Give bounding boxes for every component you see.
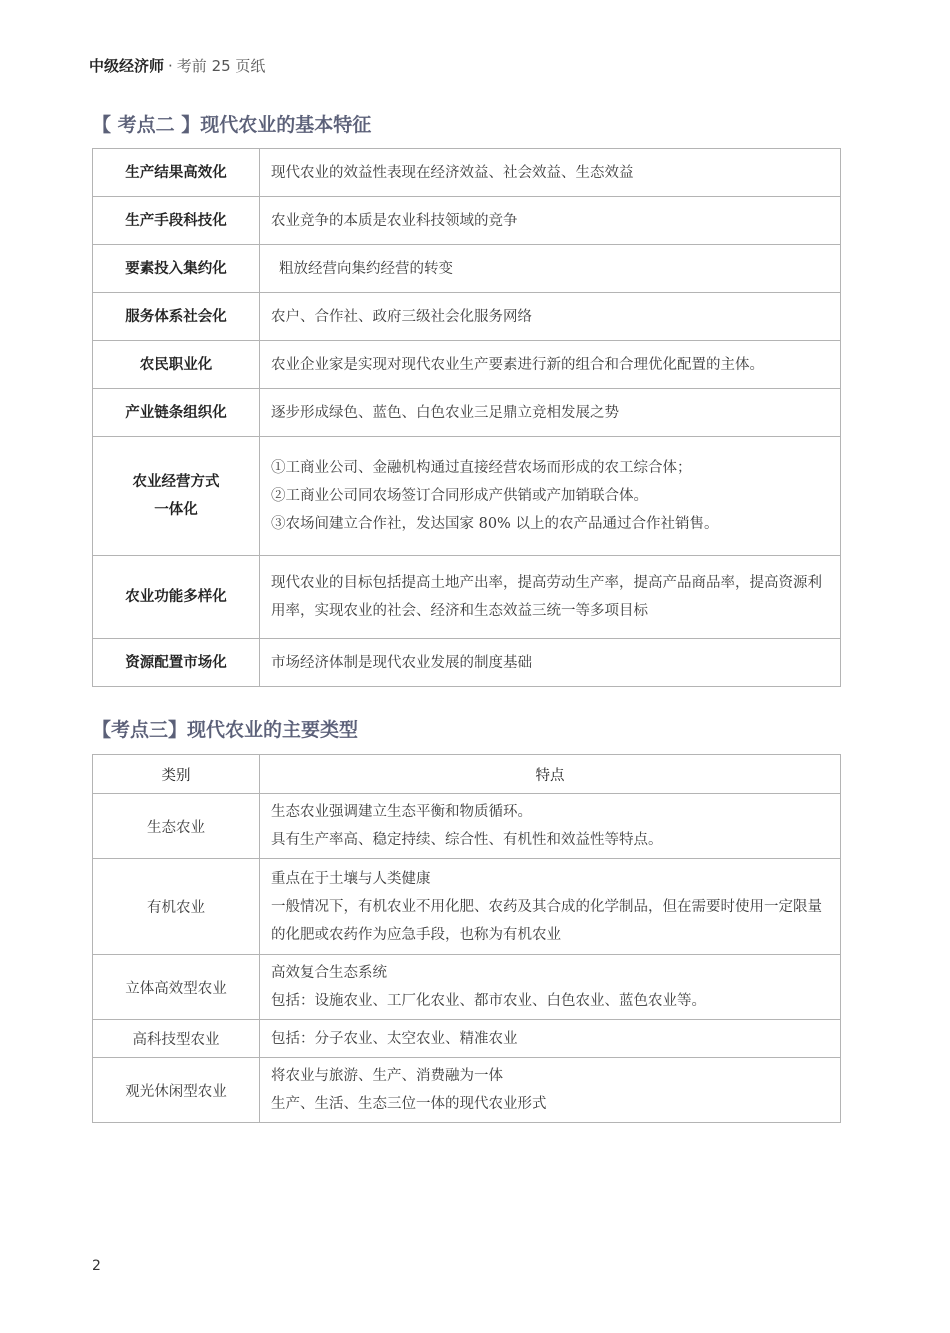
table-row: 农业经营方式 一体化 ①工商业公司、金融机构通过直接经营农场而形成的农工综合体；… — [93, 437, 841, 556]
row-key: 农民职业化 — [93, 341, 260, 389]
value-line: 现代农业的目标包括提高土地产出率，提高劳动生产率，提高产品商品率，提高资源利用率… — [271, 569, 830, 625]
row-value: 逐步形成绿色、蓝色、白色农业三足鼎立竞相发展之势 — [260, 389, 841, 437]
value-line: 逐步形成绿色、蓝色、白色农业三足鼎立竞相发展之势 — [271, 399, 830, 427]
title-bracket-open: 【 — [92, 719, 111, 741]
features-table: 生产结果高效化 现代农业的效益性表现在经济效益、社会效益、生态效益 生产手段科技… — [92, 148, 841, 687]
key-line: 一体化 — [93, 496, 259, 524]
title-text: 现代农业的基本特征 — [200, 114, 371, 136]
row-value: 生态农业强调建立生态平衡和物质循环。 具有生产率高、稳定持续、综合性、有机性和效… — [260, 794, 841, 859]
row-key: 立体高效型农业 — [93, 955, 260, 1020]
value-line: 包括：设施农业、工厂化农业、都市农业、白色农业、蓝色农业等。 — [271, 987, 830, 1015]
row-key: 农业经营方式 一体化 — [93, 437, 260, 556]
value-line: 高效复合生态系统 — [271, 959, 830, 987]
value-line: 农业竞争的本质是农业科技领域的竞争 — [271, 207, 830, 235]
value-line: 粗放经营向集约经营的转变 — [279, 255, 830, 283]
table-row: 要素投入集约化 粗放经营向集约经营的转变 — [93, 245, 841, 293]
value-line: 生态农业强调建立生态平衡和物质循环。 — [271, 798, 830, 826]
header-separator: · — [168, 57, 173, 75]
row-key: 观光休闲型农业 — [93, 1058, 260, 1123]
title-label: 考点三 — [111, 719, 168, 741]
row-value: 农业企业家是实现对现代农业生产要素进行新的组合和合理优化配置的主体。 — [260, 341, 841, 389]
row-key: 要素投入集约化 — [93, 245, 260, 293]
table-row: 农民职业化 农业企业家是实现对现代农业生产要素进行新的组合和合理优化配置的主体。 — [93, 341, 841, 389]
value-line: 农户、合作社、政府三级社会化服务网络 — [271, 303, 830, 331]
value-line: ①工商业公司、金融机构通过直接经营农场而形成的农工综合体； — [271, 454, 830, 482]
row-key: 农业功能多样化 — [93, 556, 260, 639]
value-line: 将农业与旅游、生产、消费融为一体 — [271, 1062, 830, 1090]
row-key: 高科技型农业 — [93, 1020, 260, 1058]
row-key: 生产结果高效化 — [93, 149, 260, 197]
row-key: 生产手段科技化 — [93, 197, 260, 245]
table-row: 高科技型农业 包括：分子农业、太空农业、精准农业 — [93, 1020, 841, 1058]
table-row: 服务体系社会化 农户、合作社、政府三级社会化服务网络 — [93, 293, 841, 341]
row-value: 将农业与旅游、生产、消费融为一体 生产、生活、生态三位一体的现代农业形式 — [260, 1058, 841, 1123]
row-value: 高效复合生态系统 包括：设施农业、工厂化农业、都市农业、白色农业、蓝色农业等。 — [260, 955, 841, 1020]
table-row: 生产结果高效化 现代农业的效益性表现在经济效益、社会效益、生态效益 — [93, 149, 841, 197]
types-table: 类别 特点 生态农业 生态农业强调建立生态平衡和物质循环。 具有生产率高、稳定持… — [92, 754, 841, 1123]
header-brand: 中级经济师 — [89, 57, 164, 75]
key-line: 农业经营方式 — [93, 468, 259, 496]
header-subtitle: 考前 25 页纸 — [177, 57, 266, 75]
section-title-feature: 【 考点二 】现代农业的基本特征 — [92, 111, 371, 139]
row-value: 市场经济体制是现代农业发展的制度基础 — [260, 639, 841, 687]
table-row: 生态农业 生态农业强调建立生态平衡和物质循环。 具有生产率高、稳定持续、综合性、… — [93, 794, 841, 859]
column-header-category: 类别 — [93, 755, 260, 794]
page-header: 中级经济师·考前 25 页纸 — [89, 55, 265, 77]
table-row: 有机农业 重点在于土壤与人类健康 一般情况下，有机农业不用化肥、农药及其合成的化… — [93, 859, 841, 955]
table-row: 产业链条组织化 逐步形成绿色、蓝色、白色农业三足鼎立竞相发展之势 — [93, 389, 841, 437]
value-line: 市场经济体制是现代农业发展的制度基础 — [271, 649, 830, 677]
table-row: 农业功能多样化 现代农业的目标包括提高土地产出率，提高劳动生产率，提高产品商品率… — [93, 556, 841, 639]
title-bracket-close: 】 — [181, 114, 200, 136]
title-bracket-close: 】 — [168, 719, 187, 741]
value-line: 包括：分子农业、太空农业、精准农业 — [271, 1025, 830, 1053]
row-key: 资源配置市场化 — [93, 639, 260, 687]
row-value: 现代农业的目标包括提高土地产出率，提高劳动生产率，提高产品商品率，提高资源利用率… — [260, 556, 841, 639]
table-row: 观光休闲型农业 将农业与旅游、生产、消费融为一体 生产、生活、生态三位一体的现代… — [93, 1058, 841, 1123]
row-value: 粗放经营向集约经营的转变 — [260, 245, 841, 293]
table-row: 生产手段科技化 农业竞争的本质是农业科技领域的竞争 — [93, 197, 841, 245]
value-line: ③农场间建立合作社，发达国家 80% 以上的农产品通过合作社销售。 — [271, 510, 830, 538]
row-value: 重点在于土壤与人类健康 一般情况下，有机农业不用化肥、农药及其合成的化学制品，但… — [260, 859, 841, 955]
row-key: 有机农业 — [93, 859, 260, 955]
title-bracket-open: 【 — [92, 114, 111, 136]
value-line: 生产、生活、生态三位一体的现代农业形式 — [271, 1090, 830, 1118]
page-number: 2 — [92, 1258, 101, 1274]
value-line: ②工商业公司同农场签订合同形成产供销或产加销联合体。 — [271, 482, 830, 510]
value-line: 农业企业家是实现对现代农业生产要素进行新的组合和合理优化配置的主体。 — [271, 351, 830, 379]
title-label: 考点二 — [118, 114, 175, 136]
value-line: 一般情况下，有机农业不用化肥、农药及其合成的化学制品，但在需要时使用一定限量的化… — [271, 893, 830, 949]
value-line: 具有生产率高、稳定持续、综合性、有机性和效益性等特点。 — [271, 826, 830, 854]
column-header-features: 特点 — [260, 755, 841, 794]
table-row: 立体高效型农业 高效复合生态系统 包括：设施农业、工厂化农业、都市农业、白色农业… — [93, 955, 841, 1020]
title-text: 现代农业的主要类型 — [187, 719, 358, 741]
row-key: 产业链条组织化 — [93, 389, 260, 437]
row-key: 服务体系社会化 — [93, 293, 260, 341]
value-line: 现代农业的效益性表现在经济效益、社会效益、生态效益 — [271, 159, 830, 187]
row-value: 包括：分子农业、太空农业、精准农业 — [260, 1020, 841, 1058]
row-value: 农户、合作社、政府三级社会化服务网络 — [260, 293, 841, 341]
value-line: 重点在于土壤与人类健康 — [271, 865, 830, 893]
row-value: 现代农业的效益性表现在经济效益、社会效益、生态效益 — [260, 149, 841, 197]
table-row: 资源配置市场化 市场经济体制是现代农业发展的制度基础 — [93, 639, 841, 687]
row-value: ①工商业公司、金融机构通过直接经营农场而形成的农工综合体； ②工商业公司同农场签… — [260, 437, 841, 556]
row-value: 农业竞争的本质是农业科技领域的竞争 — [260, 197, 841, 245]
section-title-types: 【考点三】现代农业的主要类型 — [92, 716, 358, 744]
table-header-row: 类别 特点 — [93, 755, 841, 794]
row-key: 生态农业 — [93, 794, 260, 859]
